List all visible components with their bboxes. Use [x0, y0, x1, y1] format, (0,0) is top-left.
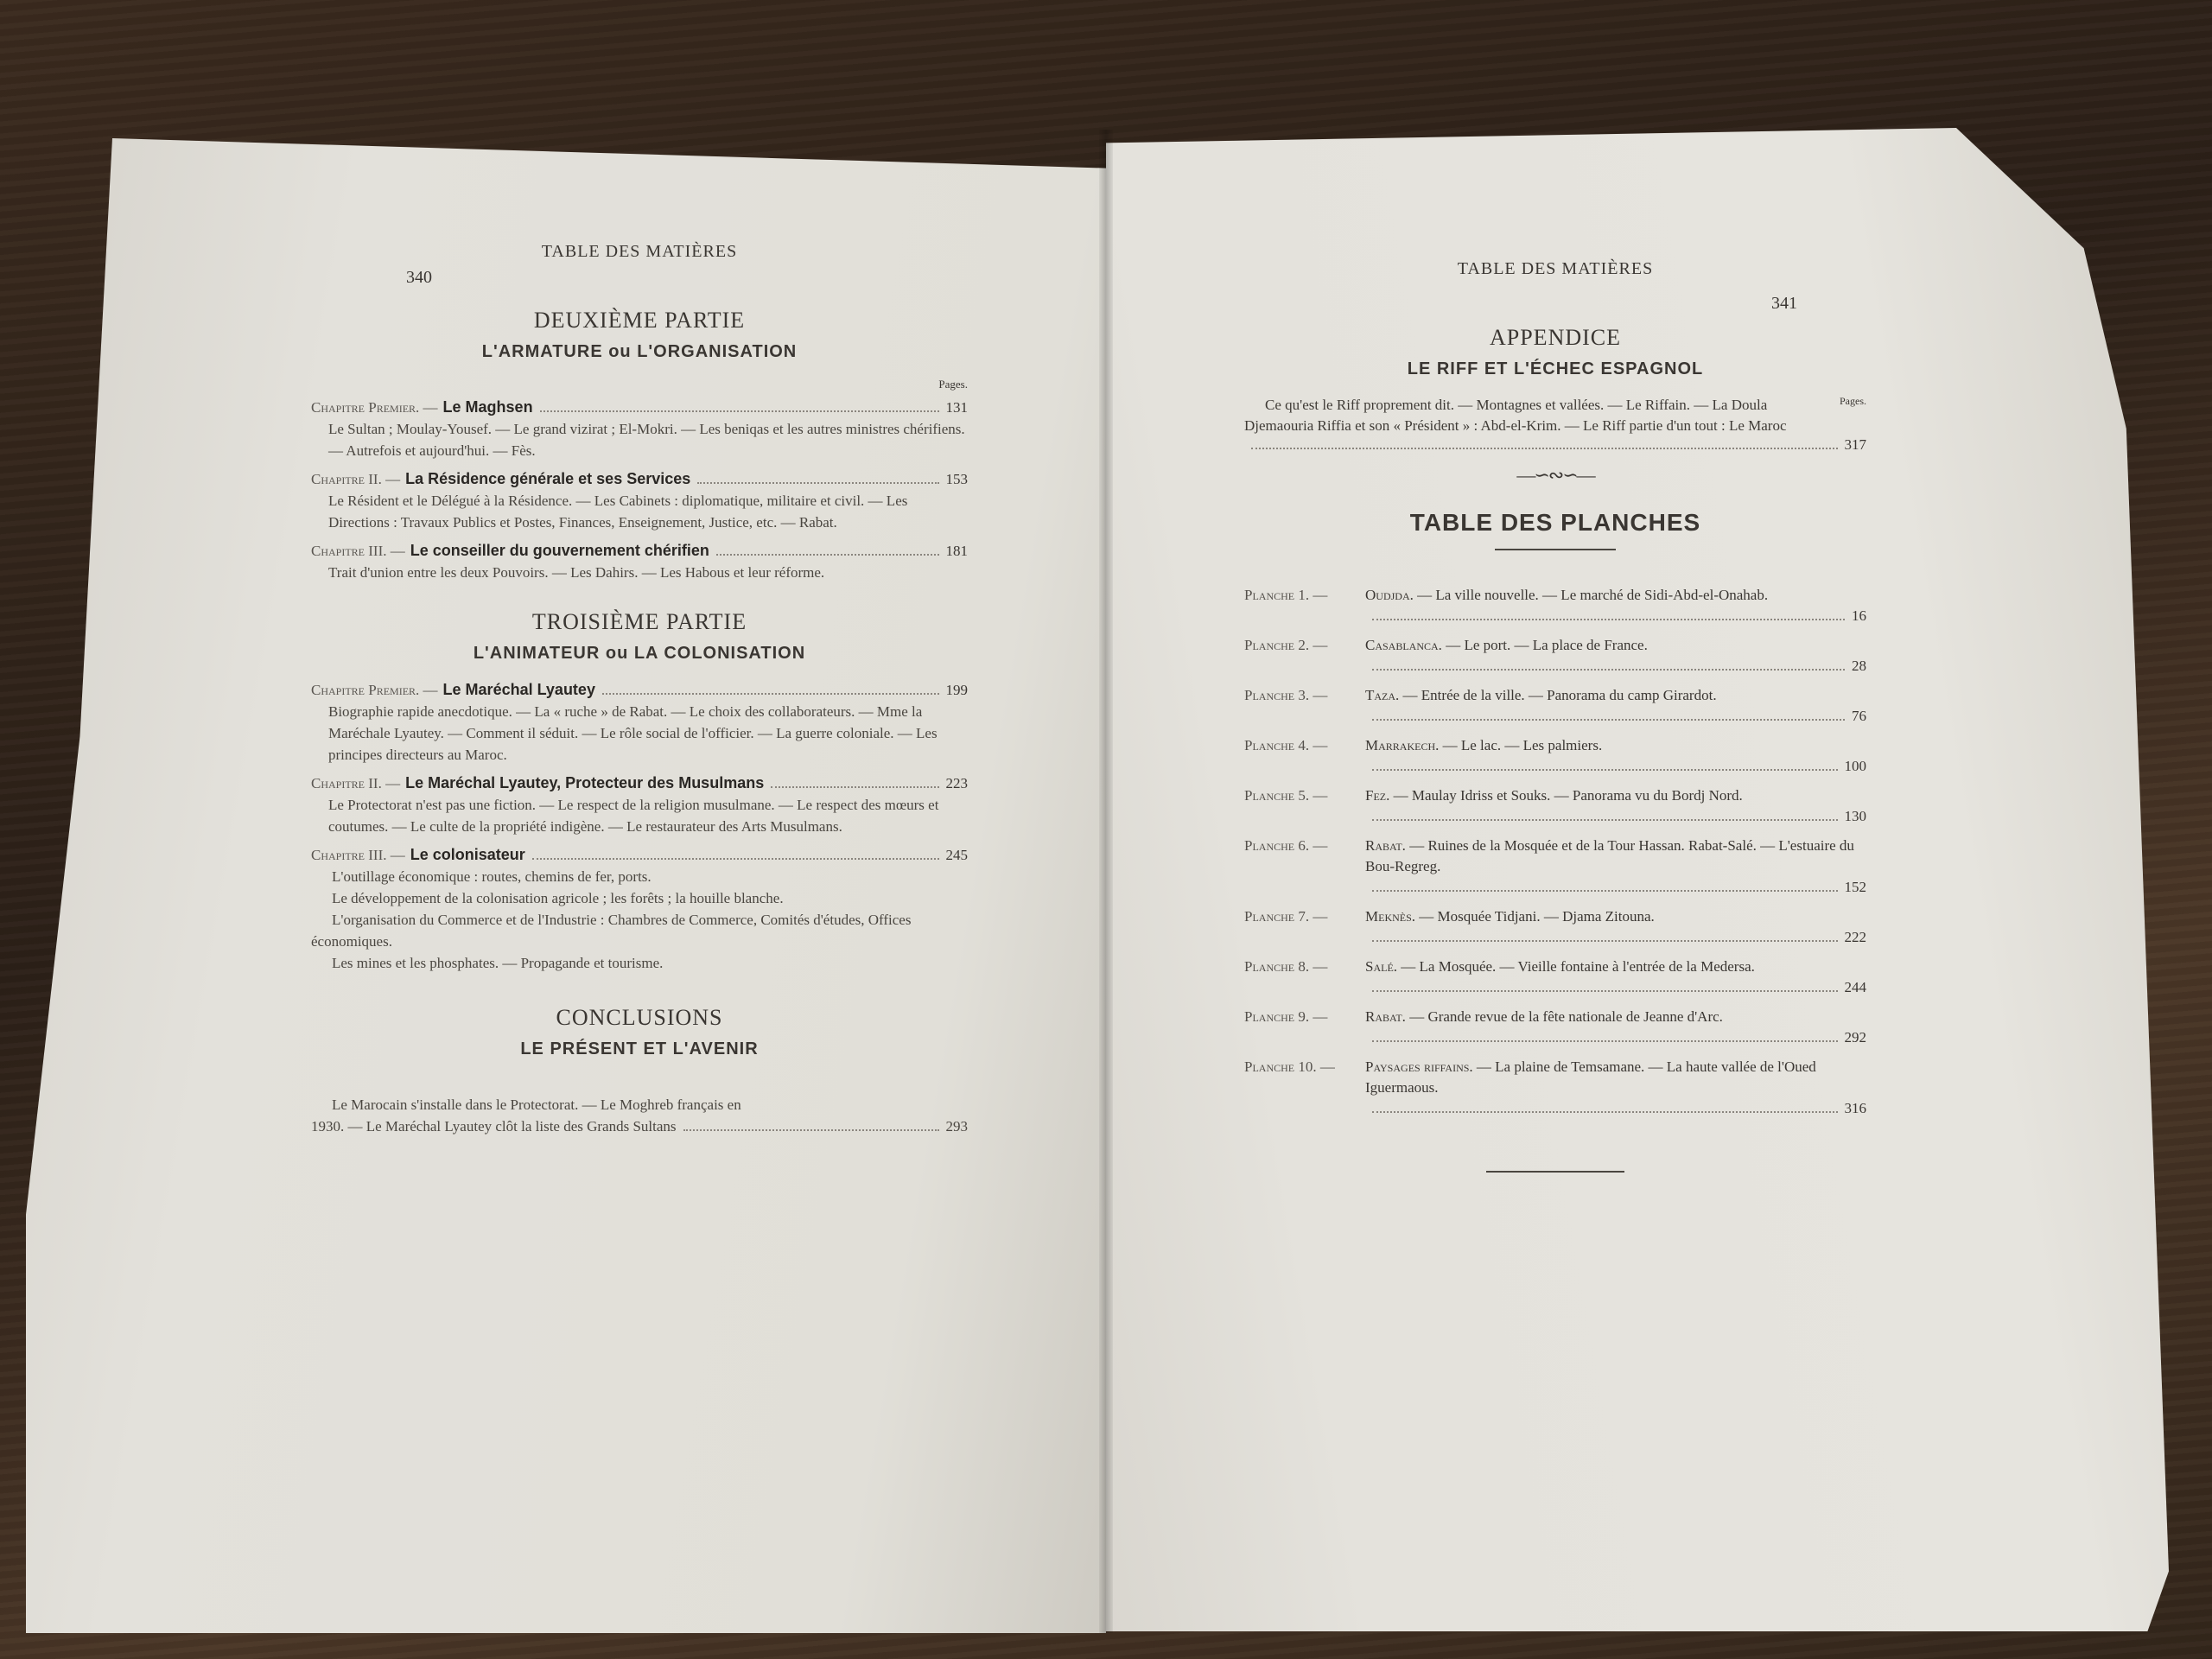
page-ref: 16	[1852, 606, 1866, 626]
part-subtitle: L'ANIMATEUR ou LA COLONISATION	[311, 644, 968, 664]
part-title: DEUXIÈME PARTIE	[311, 308, 968, 334]
page-ref: 223	[946, 772, 969, 794]
appendix-summary: Ce qu'est le Riff proprement dit. — Mont…	[1244, 395, 1866, 436]
page-ref: 76	[1852, 706, 1866, 727]
appendix-subtitle: LE RIFF ET L'ÉCHEC ESPAGNOL	[1244, 359, 1866, 379]
chapter-title: Le Maghsen	[443, 397, 533, 418]
dot-leader	[1372, 940, 1838, 942]
plate-place: Rabat.	[1365, 1008, 1406, 1025]
end-rule	[1486, 1171, 1624, 1173]
plate-description: — Entrée de la ville. — Panorama du camp…	[1403, 687, 1717, 703]
dot-leader	[1372, 619, 1845, 620]
page-ref: 100	[1845, 756, 1867, 777]
part-title: TROISIÈME PARTIE	[311, 609, 968, 635]
dot-leader	[1251, 448, 1838, 449]
chapter-paragraph: Les mines et les phosphates. — Propagand…	[311, 952, 968, 974]
chapter-summary: Le Résident et le Délégué à la Résidence…	[311, 490, 968, 533]
plate-entry[interactable]: Planche 5. —Fez. — Maulay Idriss et Souk…	[1244, 785, 1866, 827]
toc-entry[interactable]: Le Marocain s'installe dans le Protector…	[311, 1094, 968, 1137]
pages-label: Pages.	[1840, 395, 1866, 408]
toc-entry[interactable]: Chapitre III. — Le conseiller du gouvern…	[311, 540, 968, 583]
appendix-title: APPENDICE	[1244, 325, 1866, 351]
dot-leader	[1372, 890, 1838, 892]
appendix-section: APPENDICE LE RIFF ET L'ÉCHEC ESPAGNOL Pa…	[1244, 325, 1866, 454]
page-ref: 199	[946, 679, 969, 701]
page-ref: 316	[1845, 1098, 1867, 1119]
running-title: TABLE DES MATIÈRES	[1244, 259, 1866, 279]
running-head: TABLE DES MATIÈRES 341	[1244, 242, 1866, 311]
dot-leader	[697, 482, 938, 484]
plate-label: Planche 3. —	[1244, 685, 1365, 727]
part-subtitle: L'ARMATURE ou L'ORGANISATION	[311, 342, 968, 362]
plate-label: Planche 2. —	[1244, 635, 1365, 677]
part-section: TROISIÈME PARTIE L'ANIMATEUR ou LA COLON…	[311, 609, 968, 974]
page-ref: 181	[946, 540, 969, 562]
dot-leader	[532, 858, 939, 860]
plate-entry[interactable]: Planche 6. —Rabat. — Ruines de la Mosqué…	[1244, 836, 1866, 898]
book-spine	[1099, 130, 1113, 1633]
right-page-content: TABLE DES MATIÈRES 341 APPENDICE LE RIFF…	[1244, 242, 1866, 1224]
plate-description: — Ruines de la Mosquée et de la Tour Has…	[1365, 837, 1854, 874]
dot-leader	[1372, 1040, 1838, 1042]
page-number: 341	[1771, 294, 1797, 314]
plate-entry[interactable]: Planche 7. —Meknès. — Mosquée Tidjani. —…	[1244, 906, 1866, 948]
plate-label: Planche 7. —	[1244, 906, 1365, 948]
chapter-title: Le Maréchal Lyautey, Protecteur des Musu…	[405, 772, 764, 794]
part-subtitle: LE PRÉSENT ET L'AVENIR	[311, 1039, 968, 1059]
dot-leader	[1372, 1111, 1838, 1113]
pages-label: Pages.	[311, 378, 968, 391]
toc-entry[interactable]: Chapitre II. — La Résidence générale et …	[311, 468, 968, 533]
plate-place: Marrakech.	[1365, 737, 1439, 753]
toc-entry[interactable]: Chapitre II. — Le Maréchal Lyautey, Prot…	[311, 772, 968, 837]
page-ref: 153	[946, 468, 969, 490]
plate-label: Planche 10. —	[1244, 1057, 1365, 1119]
dot-leader	[771, 786, 938, 788]
page-number: 340	[406, 268, 432, 288]
plate-label: Planche 5. —	[1244, 785, 1365, 827]
dot-leader	[1372, 719, 1845, 721]
page-ref: 293	[946, 1116, 969, 1137]
chapter-paragraph: L'outillage économique : routes, chemins…	[311, 866, 968, 887]
dot-leader	[1372, 669, 1845, 671]
dot-leader	[683, 1129, 939, 1131]
chapter-label: Chapitre II. —	[311, 772, 400, 794]
chapter-title: La Résidence générale et ses Services	[405, 468, 690, 490]
page-ref: 28	[1852, 656, 1866, 677]
plate-entry[interactable]: Planche 4. —Marrakech. — Le lac. — Les p…	[1244, 735, 1866, 777]
running-head: TABLE DES MATIÈRES 340	[311, 242, 968, 294]
chapter-label: Chapitre III. —	[311, 540, 405, 562]
plate-place: Rabat.	[1365, 837, 1406, 854]
plate-entry[interactable]: Planche 10. —Paysages riffains. — La pla…	[1244, 1057, 1866, 1119]
plate-label: Planche 1. —	[1244, 585, 1365, 626]
page-ref: 131	[946, 397, 969, 418]
chapter-summary: Le Protectorat n'est pas une fiction. — …	[311, 794, 968, 837]
plate-place: Casablanca.	[1365, 637, 1442, 653]
plate-place: Fez.	[1365, 787, 1389, 804]
plates-title: TABLE DES PLANCHES	[1244, 509, 1866, 537]
plates-list: Planche 1. —Oudjda. — La ville nouvelle.…	[1244, 585, 1866, 1119]
plate-entry[interactable]: Planche 8. —Salé. — La Mosquée. — Vieill…	[1244, 957, 1866, 998]
chapter-label: Chapitre II. —	[311, 468, 400, 490]
chapter-paragraph: L'organisation du Commerce et de l'Indus…	[311, 909, 968, 952]
dot-leader	[602, 693, 939, 695]
conclusions-section: CONCLUSIONS LE PRÉSENT ET L'AVENIR Le Ma…	[311, 1005, 968, 1137]
plate-place: Taza.	[1365, 687, 1399, 703]
dot-leader	[1372, 990, 1838, 992]
chapter-summary: Trait d'union entre les deux Pouvoirs. —…	[311, 562, 968, 583]
conclusion-line: Le Marocain s'installe dans le Protector…	[311, 1094, 968, 1116]
toc-entry[interactable]: Pages. Ce qu'est le Riff proprement dit.…	[1244, 395, 1866, 454]
page-ref: 130	[1845, 806, 1867, 827]
dot-leader	[1372, 769, 1838, 771]
page-ref: 222	[1845, 927, 1867, 948]
chapter-title: Le colonisateur	[410, 844, 525, 866]
part-title: CONCLUSIONS	[311, 1005, 968, 1031]
running-title: TABLE DES MATIÈRES	[311, 242, 968, 262]
plate-description: — Mosquée Tidjani. — Djama Zitouna.	[1419, 908, 1654, 925]
plate-entry[interactable]: Planche 3. —Taza. — Entrée de la ville. …	[1244, 685, 1866, 727]
plate-description: — Le lac. — Les palmiers.	[1443, 737, 1603, 753]
page-ref: 317	[1845, 436, 1867, 454]
conclusion-line: 1930. — Le Maréchal Lyautey clôt la list…	[311, 1116, 677, 1137]
chapter-summary: Le Sultan ; Moulay-Yousef. — Le grand vi…	[311, 418, 968, 461]
chapter-summary: Biographie rapide anecdotique. — La « ru…	[311, 701, 968, 766]
ornament-divider: —∽∾∽—	[1244, 464, 1866, 486]
plate-description: — La Mosquée. — Vieille fontaine à l'ent…	[1401, 958, 1755, 975]
dot-leader	[540, 410, 939, 412]
plate-place: Salé.	[1365, 958, 1397, 975]
page-ref: 152	[1845, 877, 1867, 898]
plate-place: Oudjda.	[1365, 587, 1414, 603]
plate-description: — Maulay Idriss et Souks. — Panorama vu …	[1394, 787, 1743, 804]
plate-description: — Grande revue de la fête nationale de J…	[1409, 1008, 1723, 1025]
plate-label: Planche 6. —	[1244, 836, 1365, 898]
chapter-title: Le conseiller du gouvernement chérifien	[410, 540, 709, 562]
page-ref: 244	[1845, 977, 1867, 998]
chapter-label: Chapitre Premier. —	[311, 397, 438, 418]
plate-entry[interactable]: Planche 1. —Oudjda. — La ville nouvelle.…	[1244, 585, 1866, 626]
plate-place: Paysages riffains.	[1365, 1058, 1473, 1075]
plate-label: Planche 9. —	[1244, 1007, 1365, 1048]
toc-entry[interactable]: Chapitre Premier. — Le Maghsen 131 Le Su…	[311, 397, 968, 461]
plate-description: — La ville nouvelle. — Le marché de Sidi…	[1417, 587, 1768, 603]
dot-leader	[716, 554, 939, 556]
page-ref: 245	[946, 844, 969, 866]
plate-entry[interactable]: Planche 2. —Casablanca. — Le port. — La …	[1244, 635, 1866, 677]
toc-entry[interactable]: Chapitre III. — Le colonisateur 245 L'ou…	[311, 844, 968, 974]
plate-label: Planche 4. —	[1244, 735, 1365, 777]
part-section: DEUXIÈME PARTIE L'ARMATURE ou L'ORGANISA…	[311, 308, 968, 583]
plate-place: Meknès.	[1365, 908, 1415, 925]
plate-label: Planche 8. —	[1244, 957, 1365, 998]
toc-entry[interactable]: Chapitre Premier. — Le Maréchal Lyautey …	[311, 679, 968, 766]
plate-description: — Le port. — La place de France.	[1446, 637, 1648, 653]
page-ref: 292	[1845, 1027, 1867, 1048]
title-rule	[1495, 549, 1616, 550]
chapter-label: Chapitre III. —	[311, 844, 405, 866]
left-page-content: TABLE DES MATIÈRES 340 DEUXIÈME PARTIE L…	[311, 242, 968, 1137]
chapter-paragraph: Le développement de la colonisation agri…	[311, 887, 968, 909]
chapter-label: Chapitre Premier. —	[311, 679, 438, 701]
dot-leader	[1372, 819, 1838, 821]
plate-entry[interactable]: Planche 9. —Rabat. — Grande revue de la …	[1244, 1007, 1866, 1048]
chapter-title: Le Maréchal Lyautey	[443, 679, 595, 701]
